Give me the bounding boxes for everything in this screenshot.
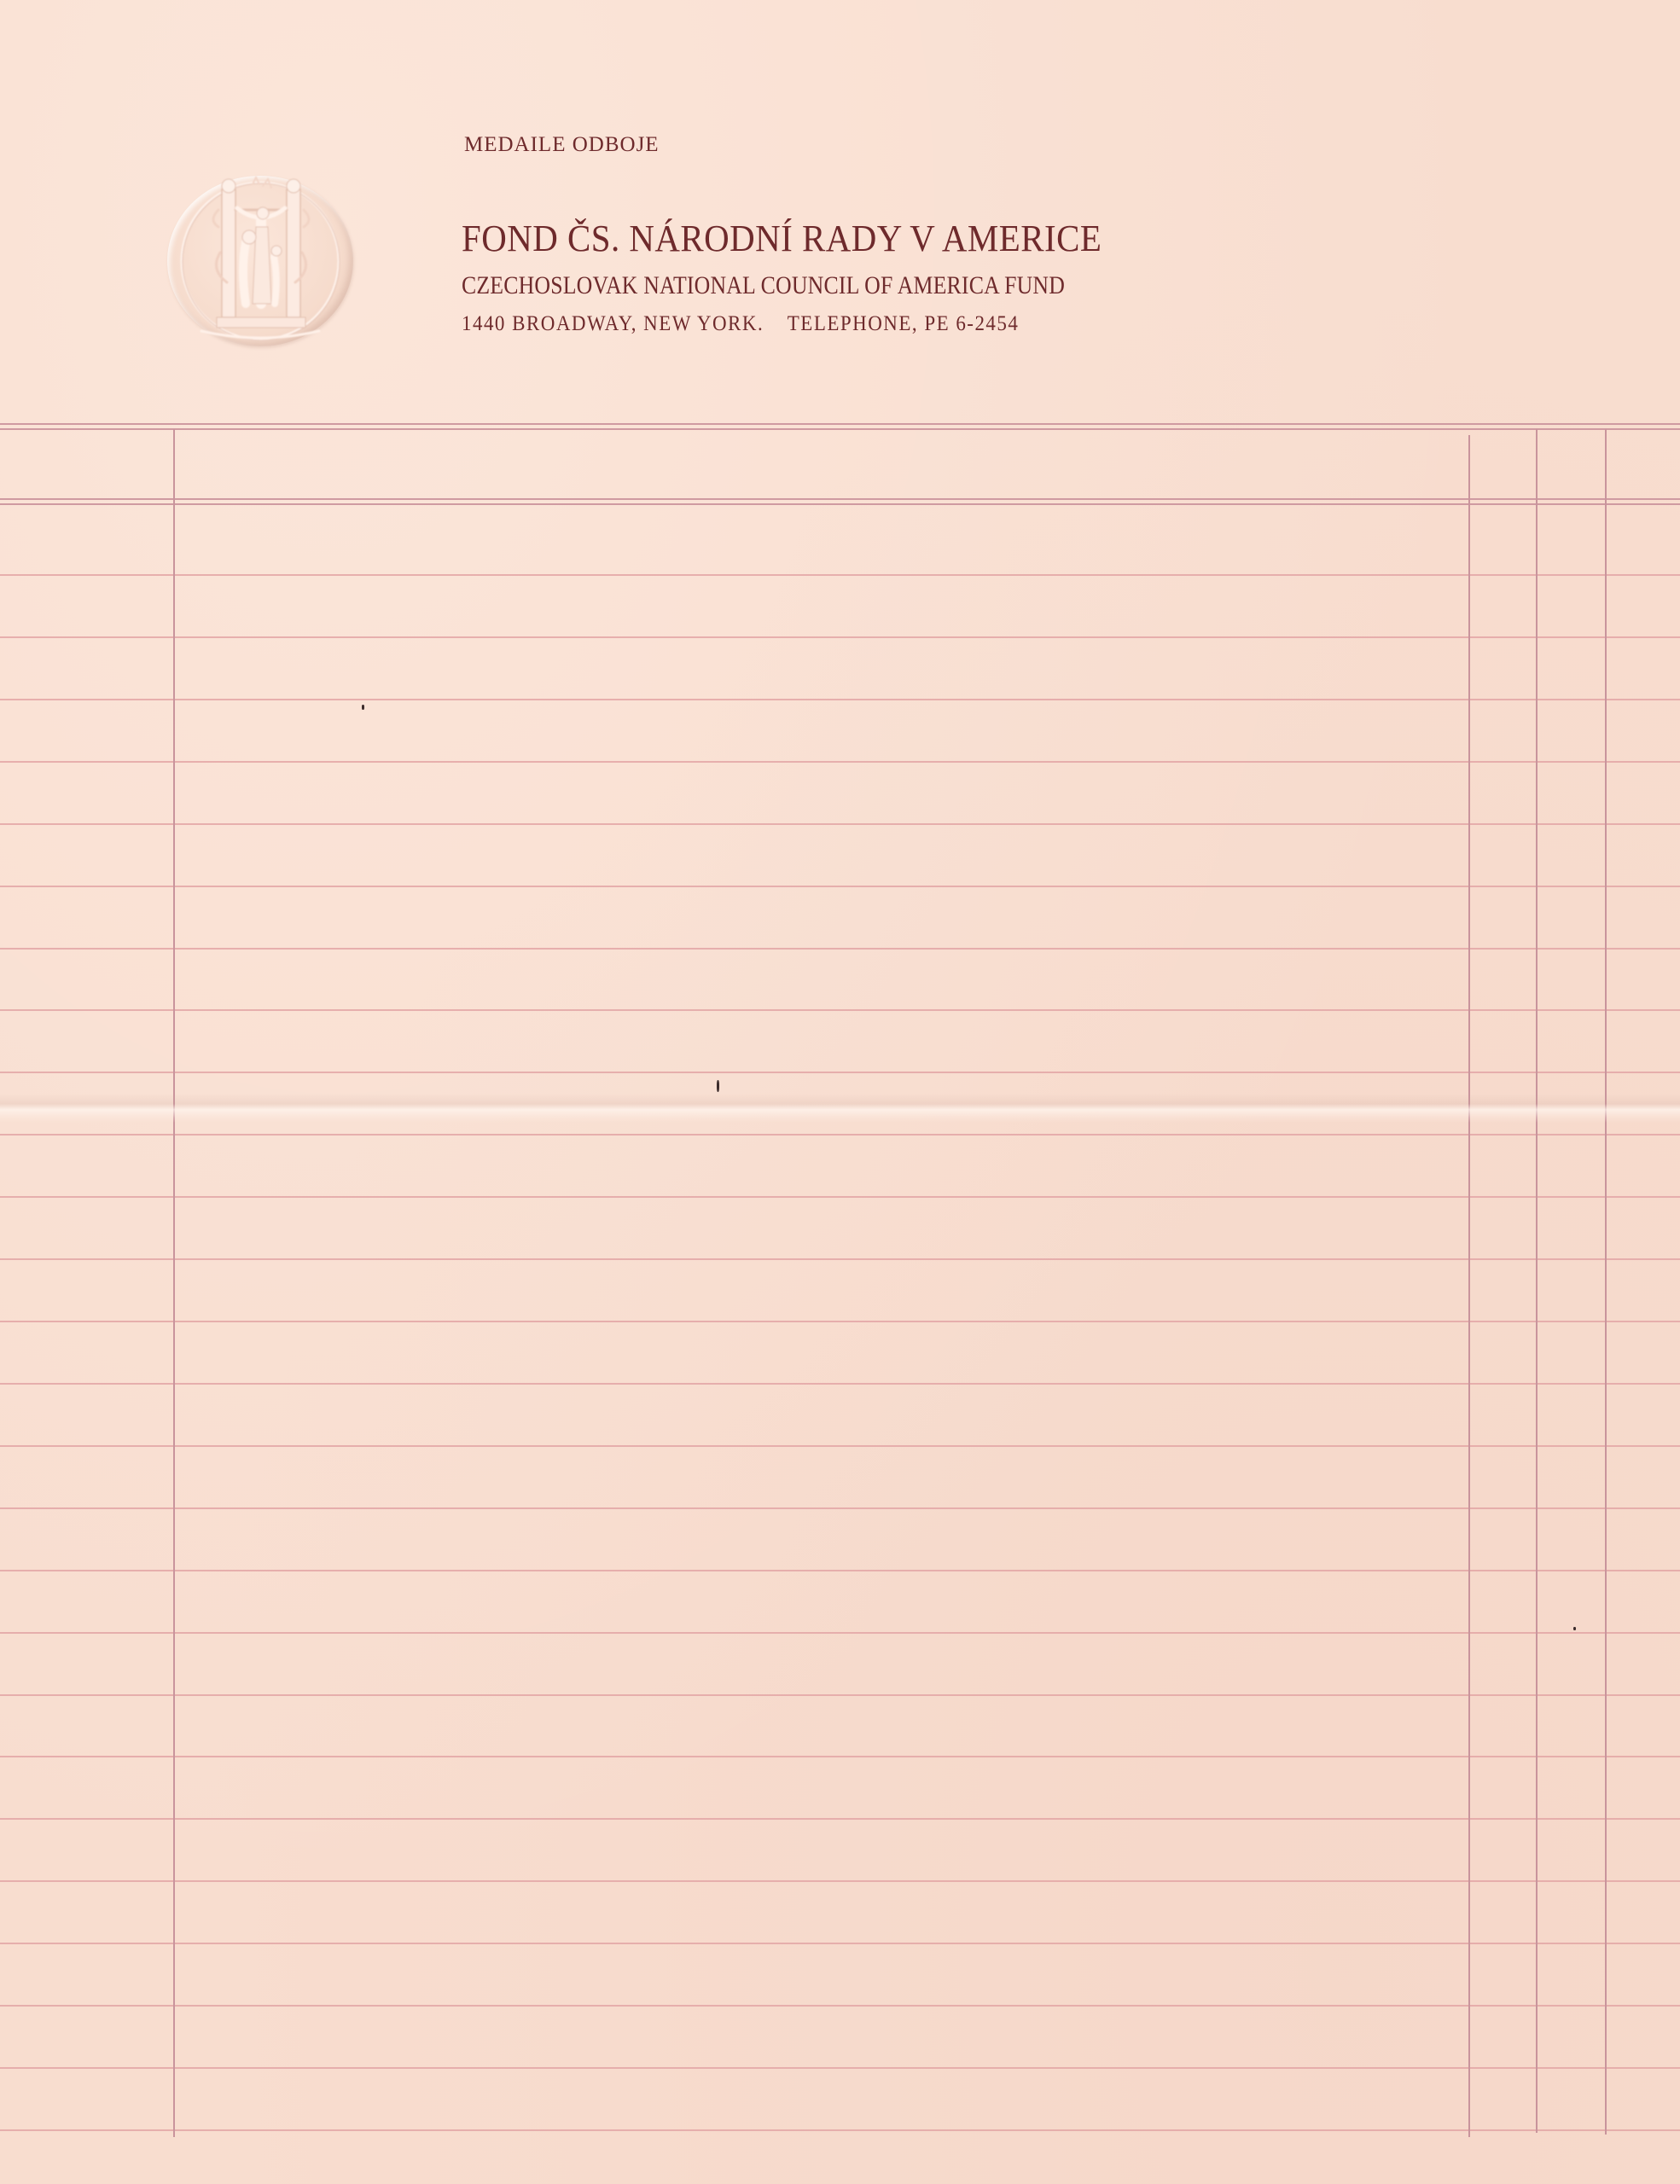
ruled-line xyxy=(0,1009,1680,1011)
letterhead: MEDAILE ODBOJE FOND ČS. NÁRODNÍ RADY V A… xyxy=(0,0,1680,409)
column-divider xyxy=(1468,435,1470,2137)
ruled-line xyxy=(0,636,1680,638)
ruled-line xyxy=(0,823,1680,825)
ruled-line xyxy=(0,574,1680,576)
column-divider xyxy=(173,429,175,2137)
embossed-medal-icon xyxy=(167,176,353,346)
ruled-line xyxy=(0,699,1680,700)
ruled-line xyxy=(0,1383,1680,1385)
ruled-line xyxy=(0,503,1680,505)
ruled-line xyxy=(0,1880,1680,1882)
address: 1440 BROADWAY, NEW YORK. xyxy=(462,312,764,335)
letterhead-title: FOND ČS. NÁRODNÍ RADY V AMERICE xyxy=(462,217,1102,260)
letterhead-kicker: MEDAILE ODBOJE xyxy=(464,133,660,157)
ruled-line xyxy=(0,2005,1680,2007)
ruled-line xyxy=(0,1943,1680,1944)
letterhead-subtitle: CZECHOSLOVAK NATIONAL COUNCIL OF AMERICA… xyxy=(462,271,1065,300)
ink-speck xyxy=(717,1080,719,1092)
ruled-line xyxy=(0,1818,1680,1820)
ruled-line xyxy=(0,1694,1680,1696)
letterhead-address-line: 1440 BROADWAY, NEW YORK.TELEPHONE, PE 6-… xyxy=(462,312,1019,336)
ink-speck xyxy=(1573,1627,1576,1630)
ruled-line xyxy=(0,886,1680,887)
ruled-line xyxy=(0,1258,1680,1260)
column-divider xyxy=(1605,429,1607,2135)
telephone: TELEPHONE, PE 6-2454 xyxy=(788,312,1020,335)
ruled-line xyxy=(0,1134,1680,1136)
ruled-line xyxy=(0,1072,1680,1073)
ruled-line xyxy=(0,1632,1680,1634)
ruled-line xyxy=(0,1507,1680,1509)
ruled-line xyxy=(0,948,1680,950)
ruled-line xyxy=(0,2129,1680,2131)
ruled-line xyxy=(0,423,1680,425)
ruled-line xyxy=(0,1321,1680,1322)
ruled-line xyxy=(0,1445,1680,1447)
ruled-line xyxy=(0,498,1680,500)
ruled-line xyxy=(0,2067,1680,2069)
column-divider xyxy=(1536,429,1538,2133)
ruled-line xyxy=(0,1196,1680,1198)
ruled-line xyxy=(0,428,1680,430)
ink-speck xyxy=(362,705,364,710)
ruled-line xyxy=(0,1570,1680,1571)
ruled-line xyxy=(0,761,1680,763)
ruled-line xyxy=(0,1756,1680,1757)
